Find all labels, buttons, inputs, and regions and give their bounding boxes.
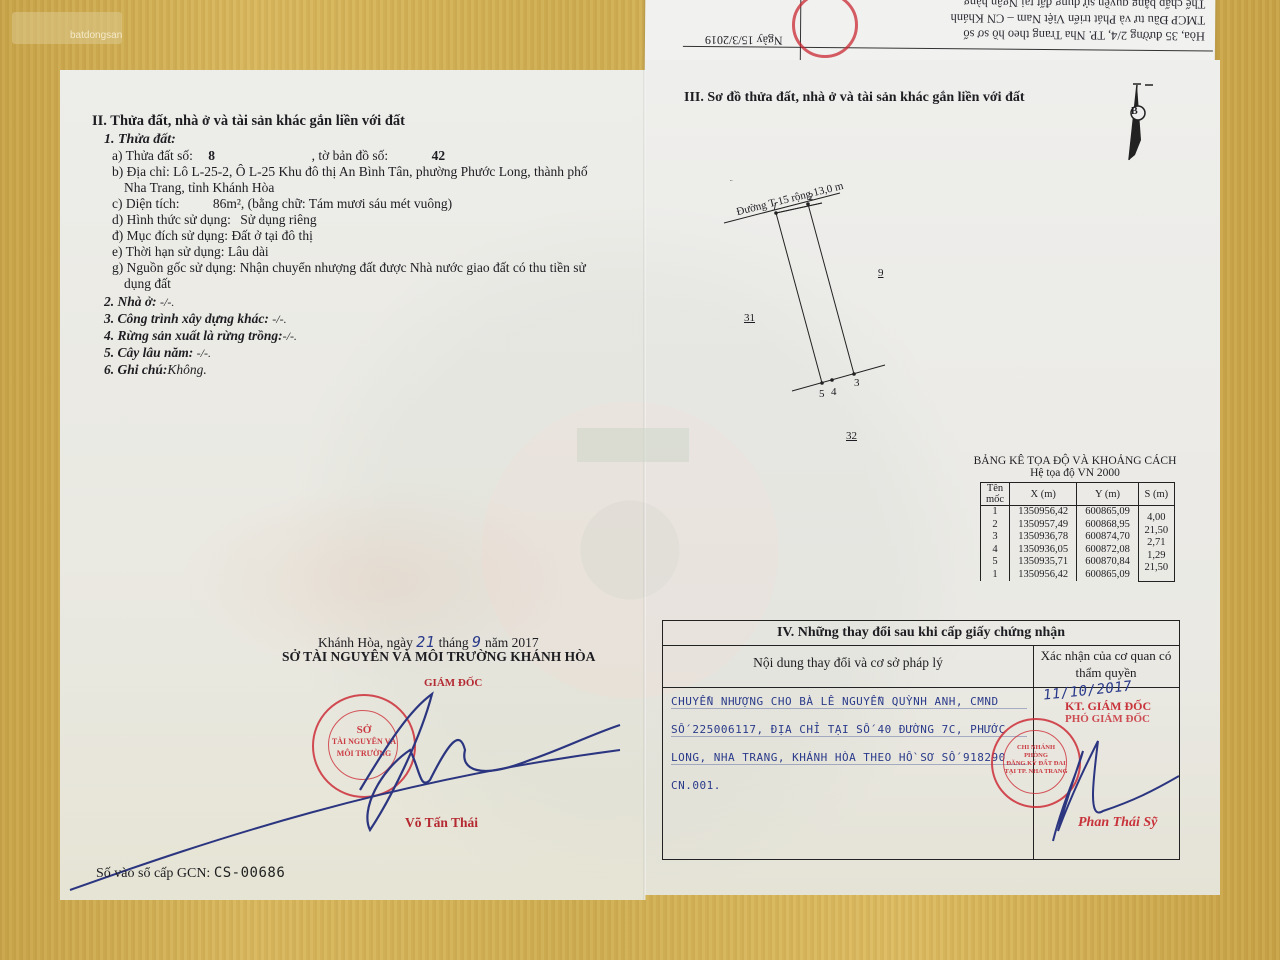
signer-name: Võ Tấn Thái [405, 815, 478, 831]
registry-value: CS-00686 [214, 865, 285, 881]
back-document-date: Ngày 15/3/2019 [705, 32, 783, 48]
forest-row: 4. Rừng sản xuất là rừng trồng:-/-. [104, 328, 297, 344]
section2-title: II. Thửa đất, nhà ở và tài sản khác gắn … [92, 113, 405, 130]
change-line-3: LONG, NHA TRANG, KHÁNH HÒA THEO HỒ SƠ SỐ… [671, 751, 1027, 765]
address-row: b) Địa chỉ: Lô L-25-2, Ô L-25 Khu đô thị… [112, 164, 588, 180]
purpose-row: đ) Mục đích sử dụng: Đất ở tại đô thị [112, 228, 313, 244]
coord-table-header: Tên mốc X (m) Y (m) S (m) [981, 483, 1175, 506]
north-label: B [1131, 106, 1138, 117]
origin-line2: dụng đất [124, 276, 171, 292]
neighbor-parcel-9: 9 [878, 267, 884, 279]
house-row: 2. Nhà ở: -/-. [104, 294, 174, 310]
note-row: 6. Ghi chú:Không. [104, 362, 207, 378]
parcel-number: 8 [196, 148, 308, 164]
watermark-text: batdongsan [70, 30, 122, 41]
blurred-watermark [577, 428, 689, 462]
back-document-text: Hòa, 35 đường 2/4, TP. Nha Trang theo hồ… [825, 0, 1205, 44]
distance-column: 4,0021,502,711,2921,50 [1138, 506, 1174, 582]
coord-table-row: 11350956,42600865,094,0021,502,711,2921,… [981, 506, 1175, 519]
land-heading: 1. Thửa đất: [104, 132, 176, 148]
issuing-agency: SỞ TÀI NGUYÊN VÀ MÔI TRƯỜNG KHÁNH HÒA [282, 649, 595, 665]
registry-number: Số vào sổ cấp GCN: CS-00686 [96, 865, 285, 882]
point-1-label: 1 [772, 201, 778, 213]
change-line-1: CHUYỂN NHƯỢNG CHO BÀ LÊ NGUYỄN QUỲNH ANH… [671, 695, 1027, 709]
area-row: c) Diện tích: 86m², (bằng chữ: Tám mươi … [112, 196, 452, 212]
coord-table-subtitle: Hệ tọa độ VN 2000 [965, 467, 1185, 479]
address-line2: Nha Trang, tỉnh Khánh Hòa [124, 180, 274, 196]
area-value: 86m², (bằng chữ: Tám mươi sáu mét vuông) [183, 196, 452, 211]
parcel-row: a) Thửa đất số: 8 , tờ bản đồ số: 42 [112, 148, 445, 164]
perennial-row: 5. Cây lâu năm: -/-. [104, 345, 211, 361]
point-5-label: 5 [819, 388, 825, 400]
change-line-4: CN.001. [671, 779, 731, 792]
neighbor-parcel-31: 31 [744, 312, 755, 324]
neighbor-parcel-32: 32 [846, 430, 857, 442]
map-sheet-number: 42 [392, 148, 446, 163]
section4-title: IV. Những thay đổi sau khi cấp giấy chứn… [663, 621, 1179, 646]
other-construction-row: 3. Công trình xây dựng khác: -/-. [104, 311, 287, 327]
north-arrow-icon [1115, 80, 1155, 170]
confirm-signer: Phan Thái Sỹ [1078, 815, 1157, 831]
parcel-diagram [700, 180, 960, 460]
section3-title: III. Sơ đồ thửa đất, nhà ở và tài sản kh… [684, 90, 1025, 106]
term-row: e) Thời hạn sử dụng: Lâu dài [112, 244, 269, 260]
coord-table-title: BẢNG KÊ TỌA ĐỘ VÀ KHOẢNG CÁCH [965, 455, 1185, 467]
point-2-label: 2 [808, 191, 814, 203]
changes-col1-header: Nội dung thay đổi và cơ sở pháp lý [663, 655, 1033, 671]
point-4-label: 4 [831, 386, 837, 398]
changes-table: IV. Những thay đổi sau khi cấp giấy chứn… [662, 620, 1180, 860]
address-value: Lô L-25-2, Ô L-25 Khu đô thị An Bình Tân… [173, 164, 588, 179]
use-form-row: d) Hình thức sử dụng: Sử dụng riêng [112, 212, 317, 228]
origin-row: g) Nguồn gốc sử dụng: Nhận chuyển nhượng… [112, 260, 586, 276]
changes-col2-header: Xác nhận của cơ quan có thẩm quyền [1033, 647, 1179, 681]
point-3-label: 3 [854, 377, 860, 389]
coordinate-table: Tên mốc X (m) Y (m) S (m) 11350956,42600… [980, 482, 1175, 582]
change-line-2: SỐ 225006117, ĐỊA CHỈ TẠI SỐ 40 ĐƯỜNG 7C… [671, 723, 1027, 737]
